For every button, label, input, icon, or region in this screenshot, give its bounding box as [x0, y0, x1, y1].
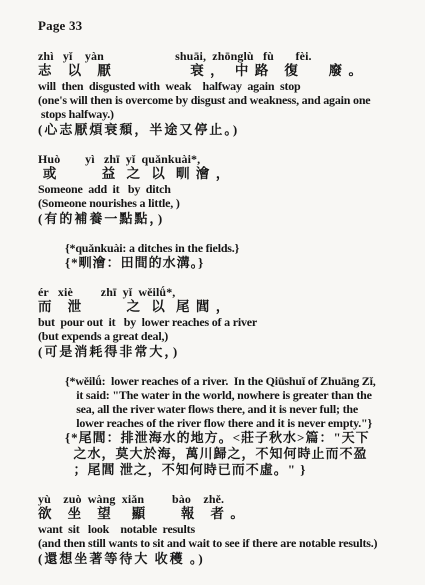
translation-en: (Someone nourishes a little, )	[38, 196, 413, 210]
gloss-line: Someone add it by ditch	[38, 182, 413, 196]
footnote-zh: {*尾閭：排泄海水的地方。<莊子秋水>篇："天下 之水，莫大於海，萬川歸之，不知…	[65, 430, 413, 478]
translation-zh: (還想坐著等待大 收穫 。)	[38, 550, 413, 567]
footnote-quankuai: {*quǎnkuài: a ditches in the fields.} {*…	[65, 241, 413, 271]
footnote-weilu: {*wěilǘ: lower reaches of a river. In th…	[65, 374, 413, 478]
hanzi-line: 志 以 厭 衰 ， 中 路 復 廢 。	[38, 63, 413, 79]
hanzi-line: 而 泄 之 以 尾 閭 ，	[38, 299, 413, 315]
pinyin-line: Huò yì zhī yǐ quǎnkuài*,	[38, 152, 413, 166]
translation-en: (and then still wants to sit and wait to…	[38, 536, 413, 550]
hanzi-line: 欲 坐 望 顯 報 者 。	[38, 506, 413, 522]
translation-en: (one's will then is overcome by disgust …	[38, 93, 413, 121]
gloss-line: want sit look notable results	[38, 522, 413, 536]
translation-zh: (可是消耗得非常大，)	[38, 343, 413, 360]
gloss-line: but pour out it by lower reaches of a ri…	[38, 315, 413, 329]
stanza-3: ér xiè zhī yǐ wěilǘ*, 而 泄 之 以 尾 閭 ， but …	[38, 285, 413, 360]
stanza-1: zhì yǐ yàn shuāi, zhōnglù fù fèi. 志 以 厭 …	[38, 49, 413, 138]
document-page: Page 33 zhì yǐ yàn shuāi, zhōnglù fù fèi…	[0, 0, 425, 585]
translation-zh: (心志厭煩衰頹，半途又停止。)	[38, 121, 413, 138]
gloss-line: will then disgusted with weak halfway ag…	[38, 79, 413, 93]
page-number: Page 33	[38, 18, 413, 33]
hanzi-line: 或 益 之 以 甽 澮 ，	[38, 166, 413, 182]
pinyin-line: yù zuò wàng xiǎn bào zhě.	[38, 492, 413, 506]
pinyin-line: zhì yǐ yàn shuāi, zhōnglù fù fèi.	[38, 49, 413, 63]
footnote-en: {*quǎnkuài: a ditches in the fields.}	[65, 241, 413, 255]
pinyin-line: ér xiè zhī yǐ wěilǘ*,	[38, 285, 413, 299]
stanza-2: Huò yì zhī yǐ quǎnkuài*, 或 益 之 以 甽 澮 ， S…	[38, 152, 413, 227]
stanza-4: yù zuò wàng xiǎn bào zhě. 欲 坐 望 顯 報 者 。 …	[38, 492, 413, 567]
footnote-en: {*wěilǘ: lower reaches of a river. In th…	[65, 374, 413, 430]
translation-en: (but expends a great deal,)	[38, 329, 413, 343]
translation-zh: (有的補養一點點，)	[38, 210, 413, 227]
footnote-zh: {*甽澮：田間的水溝。}	[65, 255, 413, 271]
